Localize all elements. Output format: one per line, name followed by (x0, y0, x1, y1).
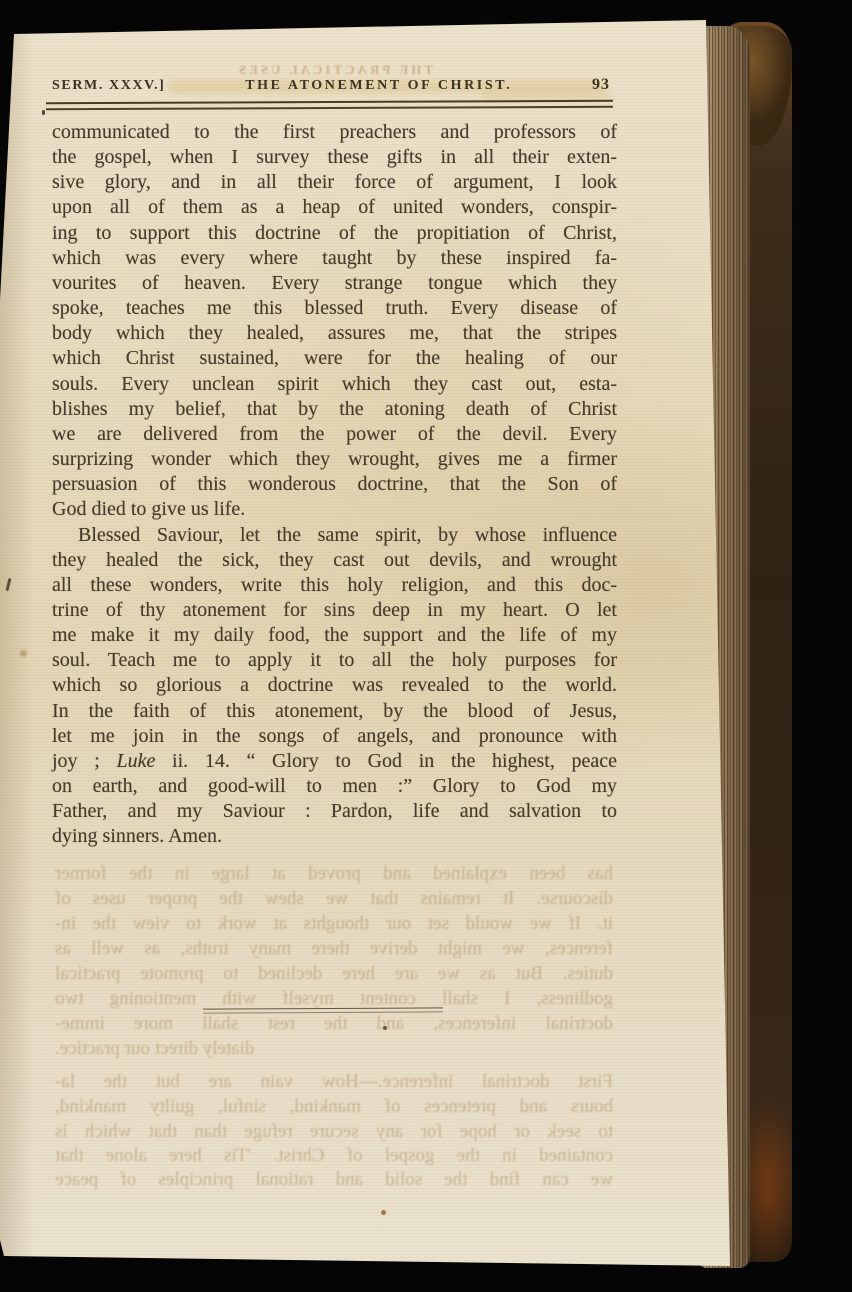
italic-citation: Luke (116, 750, 155, 772)
text-line: which so glorious a doctrine was reveale… (52, 673, 617, 698)
paper-speck (42, 110, 45, 115)
paper-speck (383, 1026, 387, 1030)
bleedthrough-line: to seek or hope for any secure refuge th… (55, 1120, 613, 1144)
text-line: which Christ sustained, were for the hea… (52, 346, 617, 371)
text-line: ing to support this doctrine of the prop… (52, 221, 617, 246)
text-line: dying sinners. Amen. (52, 824, 617, 849)
text-line: persuasion of this wonderous doctrine, t… (52, 472, 617, 497)
running-header: SERM. XXXV.] THE ATONEMENT OF CHRIST. 93 (52, 76, 610, 94)
text-segment: ii. 14. “ Glory to God in the highest, p… (155, 750, 617, 772)
paper-speck (5, 578, 11, 591)
text-line: sive glory, and in all their force of ar… (52, 170, 617, 195)
bleedthrough-line: it. If we would set our thoughts at work… (55, 912, 613, 936)
bleedthrough-line: we can find the solid and rational princ… (55, 1168, 613, 1192)
text-line: Blessed Saviour, let the same spirit, by… (52, 523, 617, 548)
header-title: THE ATONEMENT OF CHRIST. (165, 78, 592, 94)
text-line: surprizing wonder which they wrought, gi… (52, 447, 617, 472)
text-line: me make it my daily food, the support an… (52, 623, 617, 648)
text-line: we are delivered from the power of the d… (52, 422, 617, 447)
bleedthrough-line: diately direct our practice. (55, 1037, 613, 1061)
paper-speck (19, 648, 28, 659)
bleedthrough-line: discourse. It remains that we shew the p… (55, 887, 613, 911)
text-line: let me join in the songs of angels, and … (52, 724, 617, 749)
text-line: spoke, teaches me this blessed truth. Ev… (52, 296, 617, 321)
bleedthrough-line: bours and pretences of mankind, sinful, … (55, 1095, 613, 1119)
text-line: on earth, and good-will to men :” Glory … (52, 774, 617, 799)
bleedthrough-line: has been explained and proved at large i… (55, 862, 613, 886)
book-scan-photo: THE PRACTICAL USES SERM. XXXV.] THE ATON… (0, 0, 852, 1292)
bleedthrough-line: First doctrinal inference.—How vain are … (55, 1070, 613, 1094)
text-line: souls. Every unclean spirit which they c… (52, 372, 617, 397)
text-line: upon all of them as a heap of united won… (52, 195, 617, 220)
text-segment: joy ; (52, 750, 116, 772)
bleedthrough-line: doctrinal inferences, and the rest shall… (55, 1012, 613, 1036)
text-line: soul. Teach me to apply it to all the ho… (52, 648, 617, 673)
page-number: 93 (592, 76, 610, 94)
text-line: the gospel, when I survey these gifts in… (52, 145, 617, 170)
text-line: joy ; Luke ii. 14. “ Glory to God in the… (52, 749, 617, 774)
text-line: trine of thy atonement for sins deep in … (52, 598, 617, 623)
bleedthrough-line: ferences, we might derive there many tru… (55, 937, 613, 961)
text-line: Father, and my Saviour : Pardon, life an… (52, 799, 617, 824)
text-line: In the faith of this atonement, by the b… (52, 699, 617, 724)
bleedthrough-line: duties. But as we are here declined to p… (55, 962, 613, 986)
text-line: all these wonders, write this holy relig… (52, 573, 617, 598)
bleedthrough-line: contained in the gospel of Christ. 'Tis … (55, 1144, 613, 1168)
header-section-label: SERM. XXXV.] (52, 78, 165, 94)
header-double-rule (46, 100, 613, 110)
text-line: God died to give us life. (52, 497, 617, 522)
text-line: body which they healed, assures me, that… (52, 321, 617, 346)
text-line: blishes my belief, that by the atoning d… (52, 397, 617, 422)
text-line: communicated to the first preachers and … (52, 120, 617, 145)
text-line: which was every where taught by these in… (52, 246, 617, 271)
body-text: communicated to the first preachers and … (52, 120, 617, 850)
paper-speck (381, 1210, 386, 1215)
text-line: they healed the sick, they cast out devi… (52, 548, 617, 573)
text-line: vourites of heaven. Every strange tongue… (52, 271, 617, 296)
